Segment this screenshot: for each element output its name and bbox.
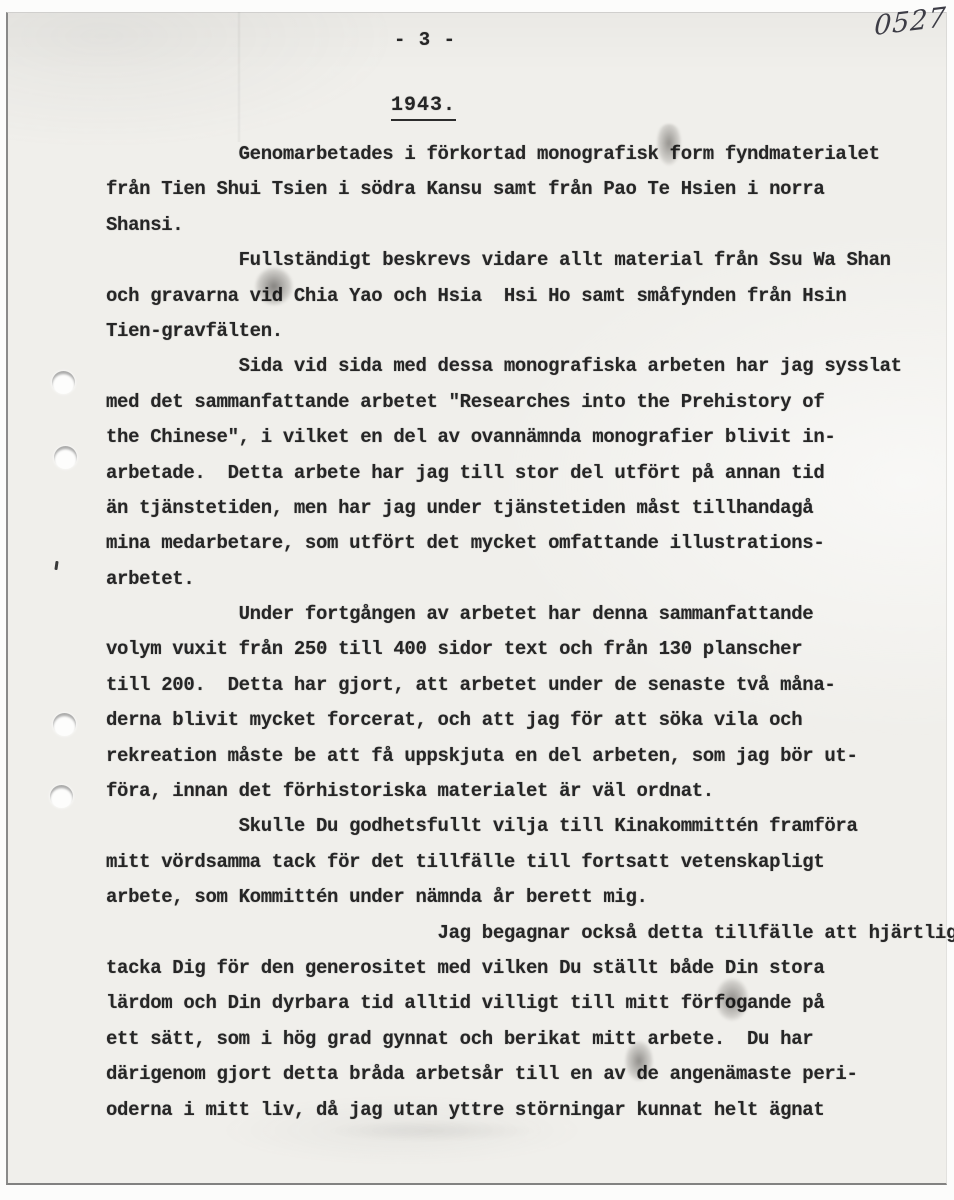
punch-hole <box>53 713 76 736</box>
text-line: än tjänstetiden, men har jag under tjäns… <box>106 491 954 526</box>
text-line: från Tien Shui Tsien i södra Kansu samt … <box>106 172 954 207</box>
ink-stain <box>704 962 760 1030</box>
text-line: Tien-gravfälten. <box>106 314 954 349</box>
text-line: föra, innan det förhistoriska materialet… <box>106 774 954 809</box>
text-line: till 200. Detta har gjort, att arbetet u… <box>106 668 954 703</box>
text-line: Jag begagnar också detta tillfälle att h… <box>106 916 954 951</box>
year-heading: 1943. <box>391 94 456 121</box>
text-line: lärdom och Din dyrbara tid alltid villig… <box>106 986 954 1021</box>
text-line: Fullständigt beskrevs vidare allt materi… <box>106 243 954 278</box>
text-line: därigenom gjort detta bråda arbetsår til… <box>106 1057 954 1092</box>
text-line: och gravarna vid Chia Yao och Hsia Hsi H… <box>106 279 954 314</box>
text-line: mina medarbetare, som utfört det mycket … <box>106 526 954 561</box>
punch-hole <box>50 785 73 808</box>
text-line: rekreation måste be att få uppskjuta en … <box>106 739 954 774</box>
punch-hole <box>54 446 77 469</box>
ink-stain <box>650 124 688 188</box>
text-line: arbetet. <box>106 562 954 597</box>
ink-stain <box>618 1034 660 1094</box>
scanned-document-page: - 3 - 0527 1943. Genomarbetades i förkor… <box>0 0 954 1200</box>
text-line: Genomarbetades i förkortad monografisk f… <box>106 137 954 172</box>
page-number: - 3 - <box>394 29 456 51</box>
document-body: Genomarbetades i förkortad monografisk f… <box>106 137 954 1128</box>
text-line: Skulle Du godhetsfullt vilja till Kinako… <box>106 809 954 844</box>
text-line: arbetade. Detta arbete har jag till stor… <box>106 456 954 491</box>
text-line: arbete, som Kommittén under nämnda år be… <box>106 880 954 915</box>
ghost-smudge <box>320 1116 600 1146</box>
ink-stain <box>241 264 301 328</box>
text-line: mitt vördsamma tack för det tillfälle ti… <box>106 845 954 880</box>
text-line: Under fortgången av arbetet har denna sa… <box>106 597 954 632</box>
text-line: derna blivit mycket forcerat, och att ja… <box>106 703 954 738</box>
text-line: the Chinese", i vilket en del av ovannäm… <box>106 420 954 455</box>
text-line: Sida vid sida med dessa monografiska arb… <box>106 349 954 384</box>
paper-crease <box>237 12 241 142</box>
text-line: volym vuxit från 250 till 400 sidor text… <box>106 632 954 667</box>
text-line: Shansi. <box>106 208 954 243</box>
text-line: ett sätt, som i hög grad gynnat och beri… <box>106 1022 954 1057</box>
text-line: med det sammanfattande arbetet "Research… <box>106 385 954 420</box>
text-line: tacka Dig för den generositet med vilken… <box>106 951 954 986</box>
punch-hole <box>52 371 75 394</box>
